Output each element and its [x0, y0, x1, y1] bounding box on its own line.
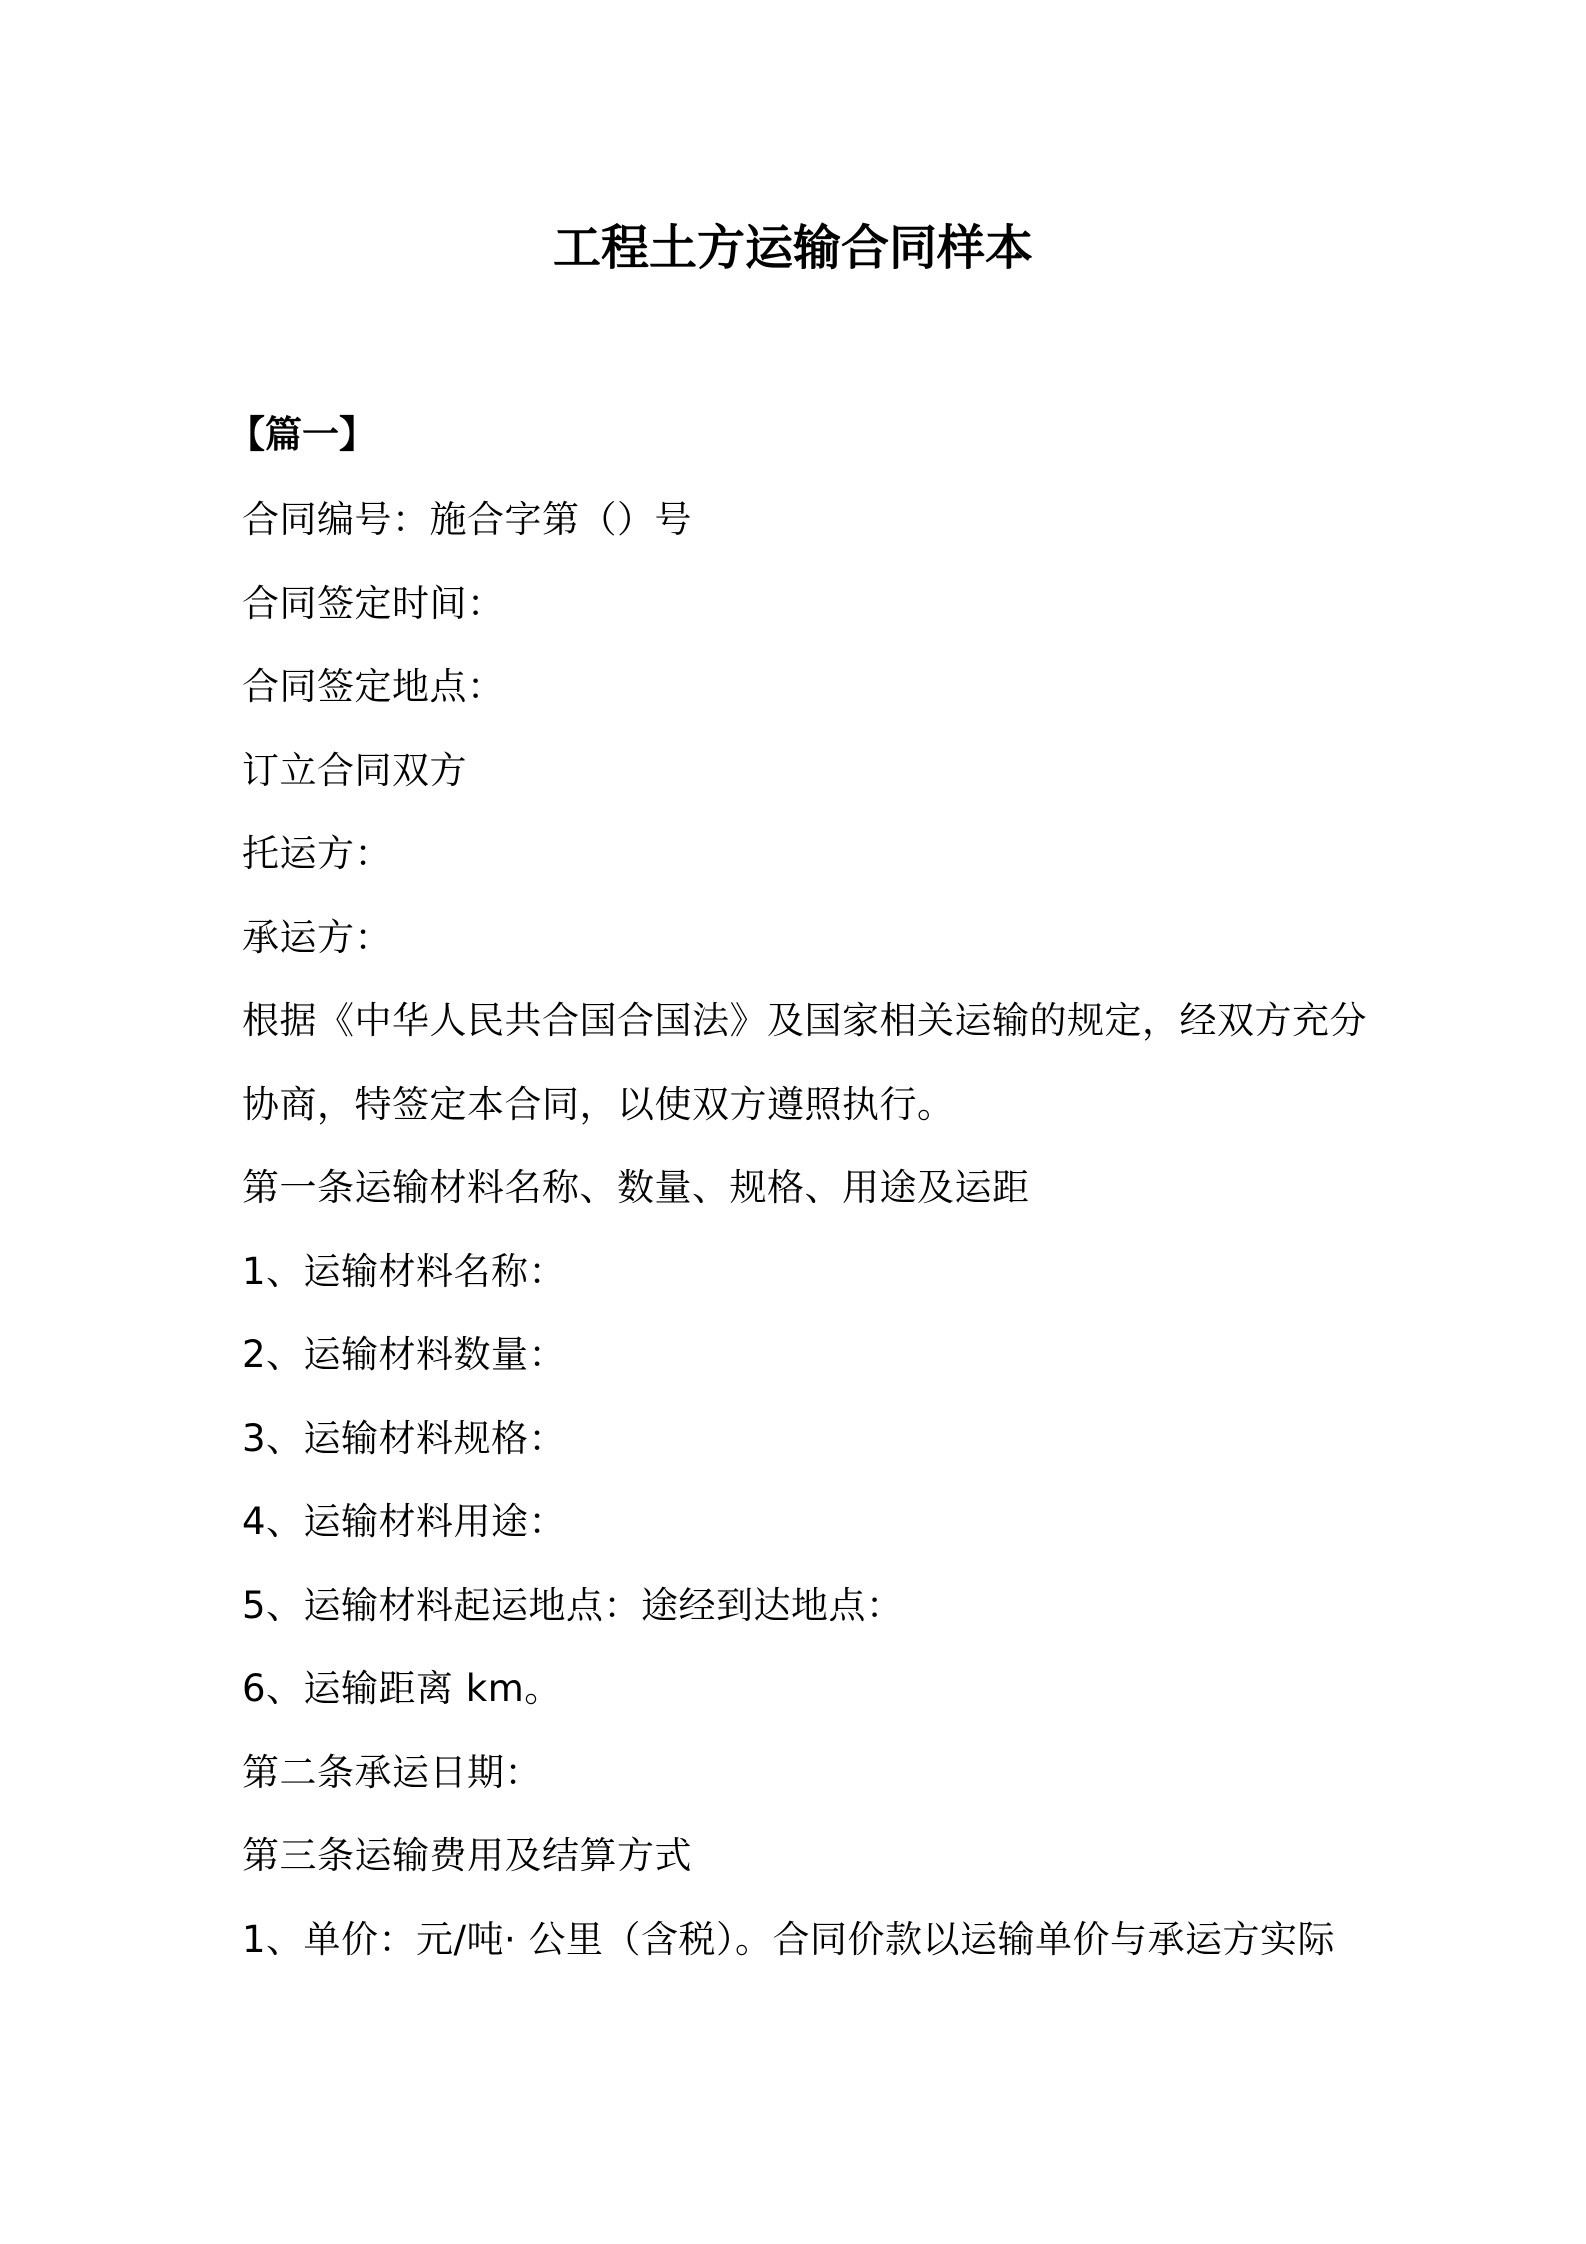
document-body: 合同编号：施合字第（）号 合同签定时间： 合同签定地点： 订立合同双方 托运方：…: [242, 499, 1362, 2002]
signing-place-line: 合同签定地点：: [242, 666, 1362, 750]
article-1-heading: 第一条运输材料名称、数量、规格、用途及运距: [242, 1167, 1362, 1251]
distance-line: 6、运输距离 km。: [242, 1668, 1362, 1752]
preamble-line-1: 根据《中华人民共合国合国法》及国家相关运输的规定，经双方充分: [242, 1000, 1362, 1084]
material-use-line: 4、运输材料用途：: [242, 1501, 1362, 1585]
document-page: 工程土方运输合同样本 【篇一】 合同编号：施合字第（）号 合同签定时间： 合同签…: [0, 0, 1586, 2244]
unit-price-line: 1、单价：元/吨· 公里（含税）。合同价款以运输单价与承运方实际: [242, 1919, 1362, 2003]
material-spec-line: 3、运输材料规格：: [242, 1418, 1362, 1502]
signing-time-line: 合同签定时间：: [242, 583, 1362, 667]
parties-heading: 订立合同双方: [242, 750, 1362, 834]
preamble-line-2: 协商，特签定本合同，以使双方遵照执行。: [242, 1084, 1362, 1168]
origin-destination-line: 5、运输材料起运地点：途经到达地点：: [242, 1585, 1362, 1669]
document-title: 工程土方运输合同样本: [0, 222, 1586, 274]
material-name-line: 1、运输材料名称：: [242, 1251, 1362, 1335]
carrier-line: 承运方：: [242, 917, 1362, 1001]
article-2-heading: 第二条承运日期：: [242, 1752, 1362, 1836]
consignor-line: 托运方：: [242, 833, 1362, 917]
contract-number-line: 合同编号：施合字第（）号: [242, 499, 1362, 583]
section-label: 【篇一】: [228, 412, 376, 458]
material-quantity-line: 2、运输材料数量：: [242, 1334, 1362, 1418]
article-3-heading: 第三条运输费用及结算方式: [242, 1835, 1362, 1919]
